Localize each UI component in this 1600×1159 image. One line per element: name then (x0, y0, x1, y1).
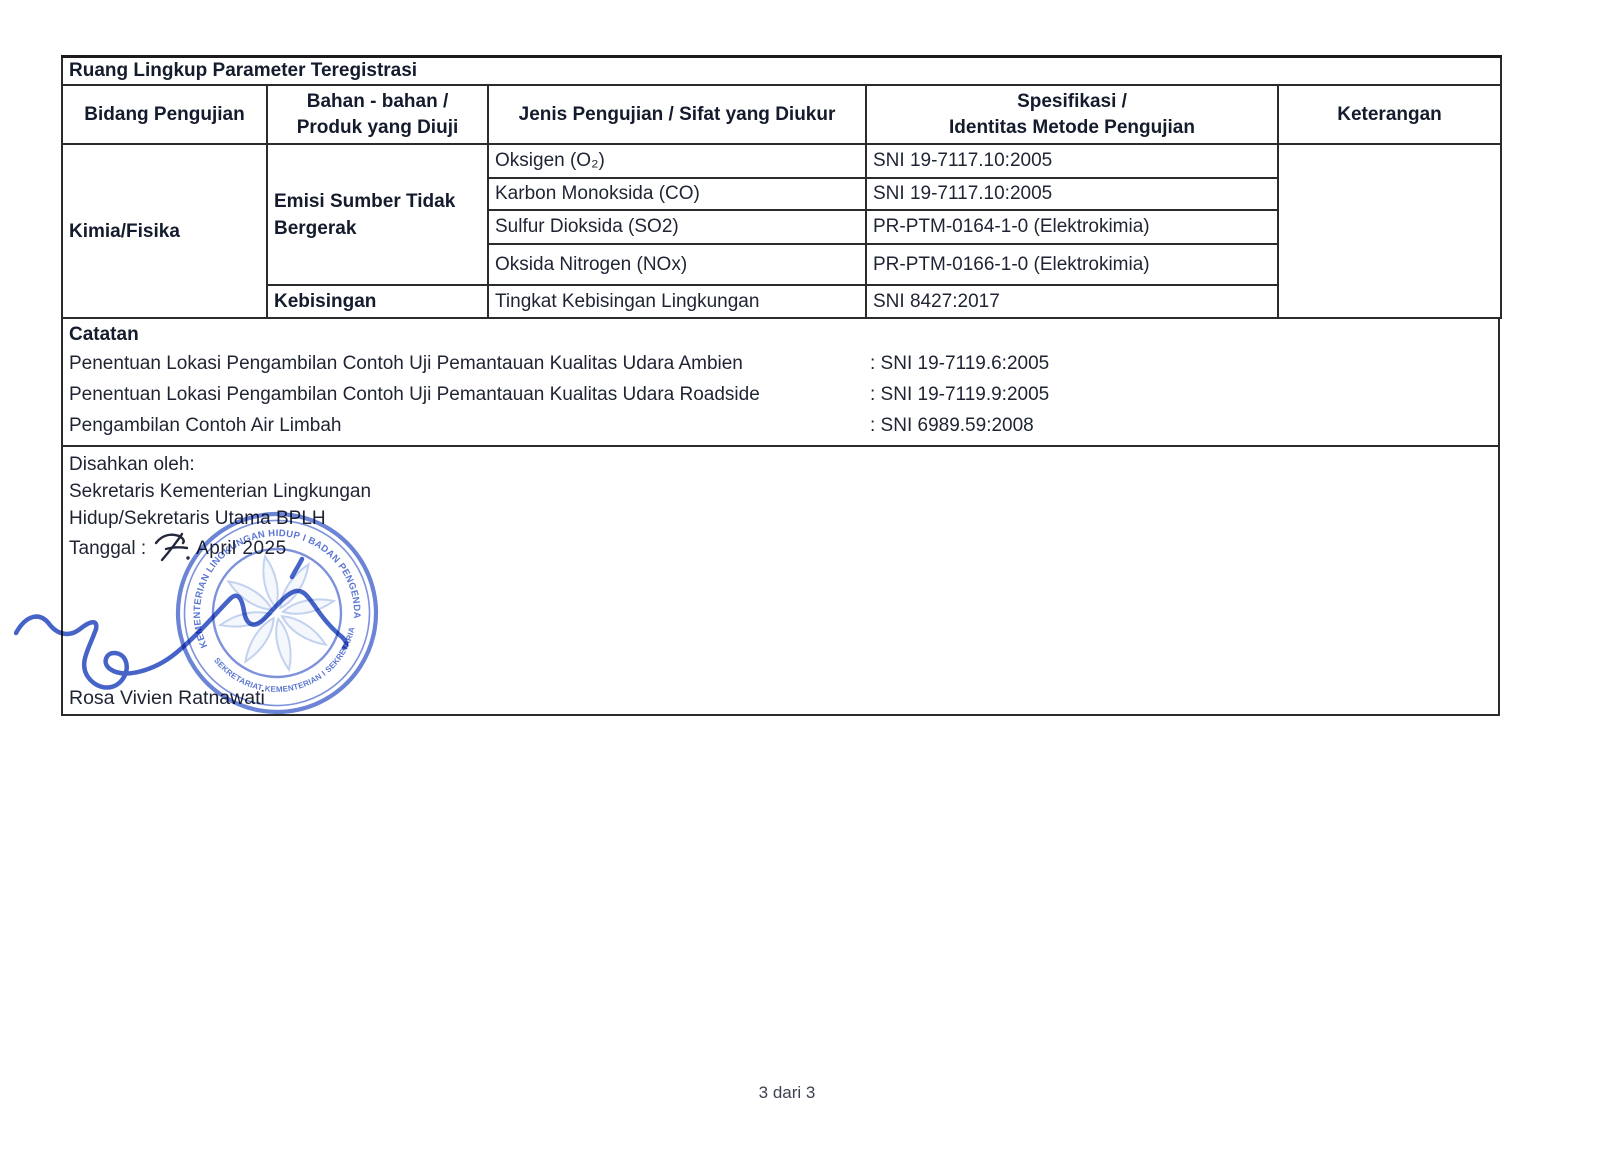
approval-disahkan-oleh: Disahkan oleh: (69, 451, 1498, 478)
header-bahan-produk: Bahan - bahan / Produk yang Diuji (267, 85, 488, 144)
page-number: 3 dari 3 (0, 1083, 1574, 1103)
table-row: Kimia/Fisika Emisi Sumber Tidak Bergerak… (62, 144, 1501, 178)
cell-metode-tingkat-kebisingan: SNI 8427:2017 (866, 285, 1278, 318)
cell-metode-sulfur-dioksida: PR-PTM-0164-1-0 (Elektrokimia) (866, 210, 1278, 244)
note-text: Penentuan Lokasi Pengambilan Contoh Uji … (69, 384, 870, 406)
approval-tanggal-line: Tanggal : April 2025 (69, 532, 1498, 564)
cell-jenis-oksigen: Oksigen (O₂) (488, 144, 866, 178)
catatan-title: Catatan (69, 322, 1498, 348)
signer-name: Rosa Vivien Ratnawati (69, 687, 265, 710)
stamp-emblem (208, 544, 346, 682)
note-text: Penentuan Lokasi Pengambilan Contoh Uji … (69, 353, 870, 375)
header-spesifikasi-metode: Spesifikasi / Identitas Metode Pengujian (866, 85, 1278, 144)
catatan-note: Penentuan Lokasi Pengambilan Contoh Uji … (69, 379, 1498, 410)
catatan-note: Pengambilan Contoh Air Limbah : SNI 6989… (69, 410, 1498, 441)
cell-keterangan-empty (1278, 144, 1501, 318)
handwritten-day-mark (154, 530, 190, 562)
registration-scope-document: Ruang Lingkup Parameter Teregistrasi Bid… (61, 55, 1500, 716)
table-title: Ruang Lingkup Parameter Teregistrasi (62, 57, 1501, 86)
cell-metode-oksida-nitrogen: PR-PTM-0166-1-0 (Elektrokimia) (866, 244, 1278, 285)
cell-metode-karbon-monoksida: SNI 19-7117.10:2005 (866, 178, 1278, 210)
cell-bidang-kimia-fisika: Kimia/Fisika (62, 144, 267, 318)
cell-jenis-karbon-monoksida: Karbon Monoksida (CO) (488, 178, 866, 210)
approval-title-line2: Hidup/Sekretaris Utama BPLH (69, 505, 1498, 532)
note-text: Pengambilan Contoh Air Limbah (69, 415, 870, 437)
tanggal-label: Tanggal : (69, 535, 146, 562)
table-title-row: Ruang Lingkup Parameter Teregistrasi (62, 57, 1501, 86)
scope-parameter-table: Ruang Lingkup Parameter Teregistrasi Bid… (61, 55, 1502, 319)
note-code: : SNI 19-7119.6:2005 (870, 353, 1498, 375)
cell-jenis-sulfur-dioksida: Sulfur Dioksida (SO2) (488, 210, 866, 244)
header-keterangan: Keterangan (1278, 85, 1501, 144)
scanned-document-page: Ruang Lingkup Parameter Teregistrasi Bid… (0, 0, 1600, 1159)
note-code: : SNI 19-7119.9:2005 (870, 384, 1498, 406)
cell-bahan-kebisingan: Kebisingan (267, 285, 488, 318)
cell-metode-oksigen: SNI 19-7117.10:2005 (866, 144, 1278, 178)
note-code: : SNI 6989.59:2008 (870, 415, 1498, 437)
tanggal-month-year: April 2025 (196, 535, 287, 562)
table-header-row: Bidang Pengujian Bahan - bahan / Produk … (62, 85, 1501, 144)
catatan-section: Catatan Penentuan Lokasi Pengambilan Con… (61, 319, 1500, 447)
catatan-note: Penentuan Lokasi Pengambilan Contoh Uji … (69, 348, 1498, 379)
cell-jenis-tingkat-kebisingan: Tingkat Kebisingan Lingkungan (488, 285, 866, 318)
approval-section: Disahkan oleh: Sekretaris Kementerian Li… (61, 447, 1500, 716)
header-jenis-pengujian: Jenis Pengujian / Sifat yang Diukur (488, 85, 866, 144)
cell-jenis-oksida-nitrogen: Oksida Nitrogen (NOx) (488, 244, 866, 285)
header-bidang-pengujian: Bidang Pengujian (62, 85, 267, 144)
approval-title-line1: Sekretaris Kementerian Lingkungan (69, 478, 1498, 505)
cell-bahan-emisi-sumber-tidak-bergerak: Emisi Sumber Tidak Bergerak (267, 144, 488, 285)
